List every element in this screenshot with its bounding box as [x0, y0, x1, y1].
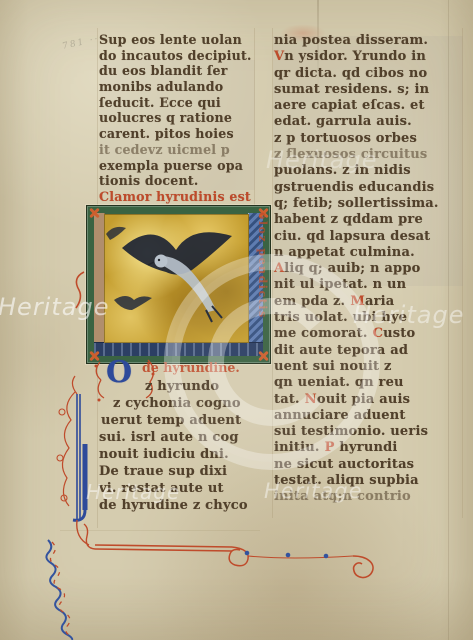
- text-line: carent. pitos hoies: [99, 126, 257, 142]
- text-line: puolans. z in nidis: [274, 163, 466, 179]
- text-line: annuciare aduent: [274, 408, 466, 424]
- text-line: nouit iudiciu dni.: [99, 446, 261, 463]
- text-line: aere capiat eſcas. et: [274, 98, 466, 114]
- manuscript-page-photo: 781 ·· Sup eos lente uolan do incautos d…: [0, 0, 473, 640]
- text-line: z p tortuosos orbes: [274, 131, 466, 147]
- text-line: qr dicta. qd cibos no: [274, 66, 466, 82]
- text-line: nia postea disseram.: [274, 33, 466, 49]
- text-line: z cychonia cogno: [99, 395, 261, 412]
- text-line: qn ueniat. qn reu: [274, 375, 466, 391]
- text-line: uent sui nouit z: [274, 359, 466, 375]
- text-line: ne sicut auctoritas: [274, 457, 466, 473]
- text-line: z flexuosos circuitus: [274, 147, 466, 163]
- left-text-column-lower: z hyrundo z cychonia cogno uerut temp ad…: [99, 378, 261, 514]
- text-line: Aliq q; auib; n appo: [274, 261, 466, 277]
- text-line: n appetat culmina.: [274, 245, 466, 261]
- text-line: ciu. qd lapsura desat: [274, 229, 466, 245]
- text-line: do incautos decipiut.: [99, 48, 257, 64]
- text-line: sumat residens. s; in: [274, 82, 466, 98]
- text-line: z hyrundo: [99, 378, 261, 395]
- text-line: De traue sup dixi: [99, 463, 261, 480]
- text-line: ſeducit. Ecce qui: [99, 95, 257, 111]
- margin-red-hook: [70, 268, 94, 312]
- miniature-illustration: [86, 205, 271, 364]
- rubric-line: Clamor hyrudinis est: [99, 189, 257, 205]
- text-line: edat. garrula auis.: [274, 114, 466, 130]
- text-line: uolucres q ratione: [99, 110, 257, 126]
- text-line: dit aute tepora ad: [274, 343, 466, 359]
- corner-floret: [88, 207, 100, 219]
- text-line: Sup eos lente uolan: [99, 32, 257, 48]
- text-line: exempla puerse opa: [99, 158, 257, 174]
- ruling-line: [272, 28, 273, 518]
- text-line: inita atq;n contrio: [274, 489, 466, 505]
- text-line: monibs adulando: [99, 79, 257, 95]
- text-line: uerut temp aduent: [99, 412, 261, 429]
- text-line: Vn ysidor. Yrundo in: [274, 49, 466, 65]
- swallow-icon: [106, 227, 126, 240]
- text-line: tionis docent.: [99, 173, 257, 189]
- text-line: q; fetib; sollertissima.: [274, 196, 466, 212]
- text-line: habent z qddam pre: [274, 212, 466, 228]
- right-text-column: nia postea disseram. Vn ysidor. Yrundo i…: [274, 33, 466, 506]
- swallow-icon: [114, 296, 152, 310]
- text-line: me comorat.Custo: [274, 326, 466, 342]
- text-line: vi. restat aute ut: [99, 480, 261, 497]
- bottom-flourish: [20, 498, 430, 640]
- left-text-column: Sup eos lente uolan do incautos decipiut…: [99, 32, 257, 205]
- text-line: gstruendis educandis: [274, 180, 466, 196]
- text-line: tris uolat. ubi hye: [274, 310, 466, 326]
- swallow-head: [155, 255, 168, 268]
- text-line: it cedevz uicmel p: [99, 142, 257, 158]
- text-line: em pda z.Maria: [274, 294, 466, 310]
- text-line: tat.Nouit pia auis: [274, 392, 466, 408]
- text-line: du eos blandit ſer: [99, 63, 257, 79]
- marginal-note: oloz pendictis: [256, 212, 269, 372]
- text-line: testat. aliqn supbia: [274, 473, 466, 489]
- text-line: sui. isrl aute n cog: [99, 429, 261, 446]
- text-line: initiu.P hyrundi: [274, 440, 466, 456]
- text-line: nit ul ipetat. n un: [274, 277, 466, 293]
- text-line: sui testimonio. ueris: [274, 424, 466, 440]
- swallows-illustration: [104, 214, 249, 343]
- gold-leaf-panel: [104, 214, 249, 343]
